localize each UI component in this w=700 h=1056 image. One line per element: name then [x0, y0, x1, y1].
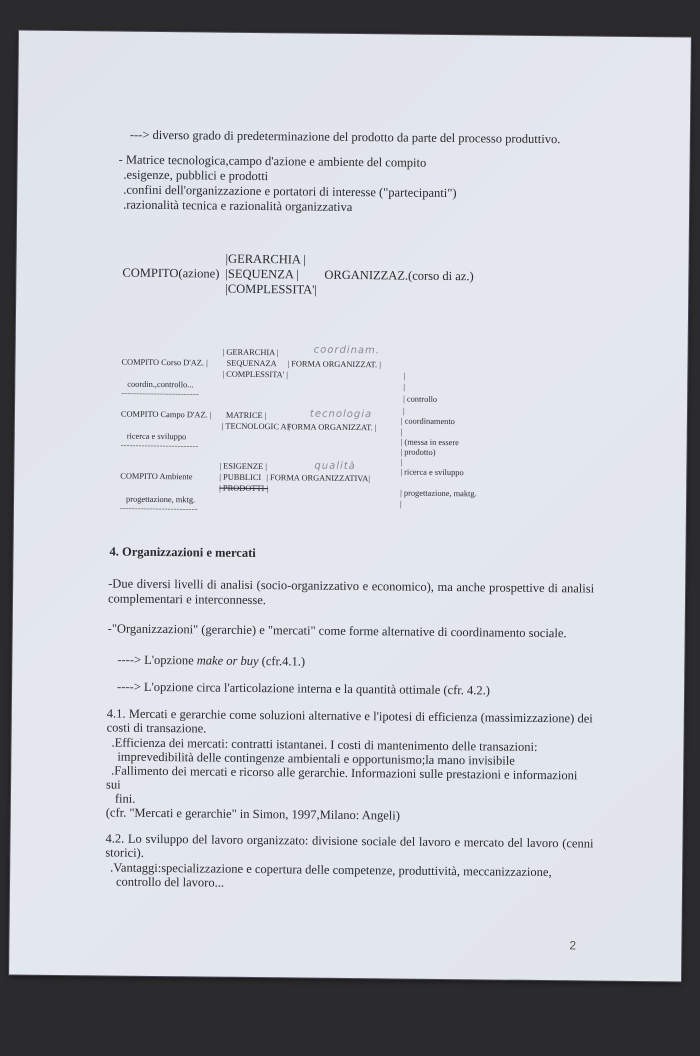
- right-column-line: | coordinamento: [401, 417, 455, 428]
- arrow-line: ---> diverso grado di predeterminazione …: [130, 128, 561, 148]
- section4-para2: -"Organizzazioni" (gerarchie) e "mercati…: [108, 621, 567, 641]
- row2-underline: --------------------------: [121, 441, 199, 452]
- diagram1-middle-line: |COMPLESSITA'|: [225, 282, 317, 298]
- row3-compito: COMPITO Ambiente: [120, 472, 192, 483]
- bullet-line: .esigenze, pubblici e prodotti: [123, 168, 268, 185]
- row1-middle-line: SEQUENAZA: [226, 359, 276, 370]
- section4-option2: ----> L'opzione circa l'articolazione in…: [117, 680, 490, 699]
- row2-middle-line: MATRICE |: [226, 411, 267, 422]
- option1-suffix: (cfr.4.1.): [259, 654, 306, 668]
- right-column-line: | prodotto): [401, 448, 436, 459]
- document-page: ---> diverso grado di predeterminazione …: [9, 31, 691, 982]
- diagram-compito-forma-organizzativa: COMPITO Corso D'AZ. | | GERARCHIA | SEQU…: [19, 31, 691, 38]
- right-column-line: |: [401, 428, 403, 439]
- row3-middle-line: | ESIGENZE |: [219, 462, 267, 473]
- right-column-line: |: [403, 372, 405, 383]
- row1-forma: | FORMA ORGANIZZAT. |: [287, 359, 381, 370]
- right-column-line: |: [400, 458, 402, 469]
- option1-prefix: ----> L'opzione: [117, 653, 197, 668]
- section41-title: 4.1. Mercati e gerarchie come soluzioni …: [107, 706, 593, 739]
- diagram-compito-organizzazione: COMPITO(azione) |GERARCHIA | |SEQUENZA |…: [19, 31, 691, 38]
- right-column-line: | progettazione, maktg.: [400, 489, 477, 500]
- diagram1-middle-line: |GERARCHIA |: [225, 252, 306, 268]
- right-column-line: | controllo: [403, 395, 437, 406]
- diagram1-middle-line: |SEQUENZA |: [225, 267, 299, 283]
- section-heading: 4. Organizzazioni e mercati: [109, 544, 255, 561]
- row3-middle-line: | PRODOTTI |: [219, 484, 268, 495]
- right-column-line: |: [400, 500, 402, 511]
- row3-underline: --------------------------: [120, 504, 198, 515]
- section41-line: (cfr. "Mercati e gerarchie" in Simon, 19…: [106, 805, 400, 823]
- right-column-line: | ricerca e sviluppo: [400, 468, 463, 479]
- section41-line: fini.: [115, 792, 136, 807]
- section4-para1: -Due diversi livelli di analisi (socio-o…: [108, 576, 594, 611]
- section42-line: controllo del lavoro...: [116, 875, 224, 891]
- row2-forma: FORMA ORGANIZZAT. |: [287, 422, 377, 433]
- row1-middle-line: | GERARCHIA |: [223, 348, 279, 359]
- page-number: 2: [569, 938, 576, 952]
- option1-italic: make or buy: [197, 653, 259, 668]
- row2-compito: COMPITO Campo D'AZ. |: [121, 410, 212, 421]
- row1-compito: COMPITO Corso D'AZ. |: [121, 358, 207, 369]
- row2-middle-line: | TECNOLOGIC A |: [222, 422, 290, 433]
- right-column-line: |: [403, 407, 405, 418]
- row3-middle-line: | PUBBLICI: [219, 473, 261, 484]
- right-column-line: |: [403, 383, 405, 394]
- diagram1-right: ORGANIZZAZ.(corso di az.): [324, 268, 473, 285]
- row3-forma: | FORMA ORGANIZZATIVA|: [266, 473, 370, 485]
- handwritten-note: tecnologia: [310, 409, 372, 421]
- handwritten-note: qualità: [314, 461, 356, 472]
- section41-line: sui: [106, 777, 121, 792]
- row1-underline: --------------------------: [121, 389, 199, 400]
- handwritten-note: coordinam.: [314, 345, 380, 357]
- section4-option1: ----> L'opzione make or buy (cfr.4.1.): [117, 653, 305, 670]
- section42-title: 4.2. Lo sviluppo del lavoro organizzato:…: [105, 831, 593, 864]
- row1-middle-line: | COMPLESSITA' |: [222, 370, 288, 381]
- bullet-line: .razionalità tecnica e razionalità organ…: [123, 198, 352, 215]
- diagram1-left: COMPITO(azione): [122, 266, 219, 282]
